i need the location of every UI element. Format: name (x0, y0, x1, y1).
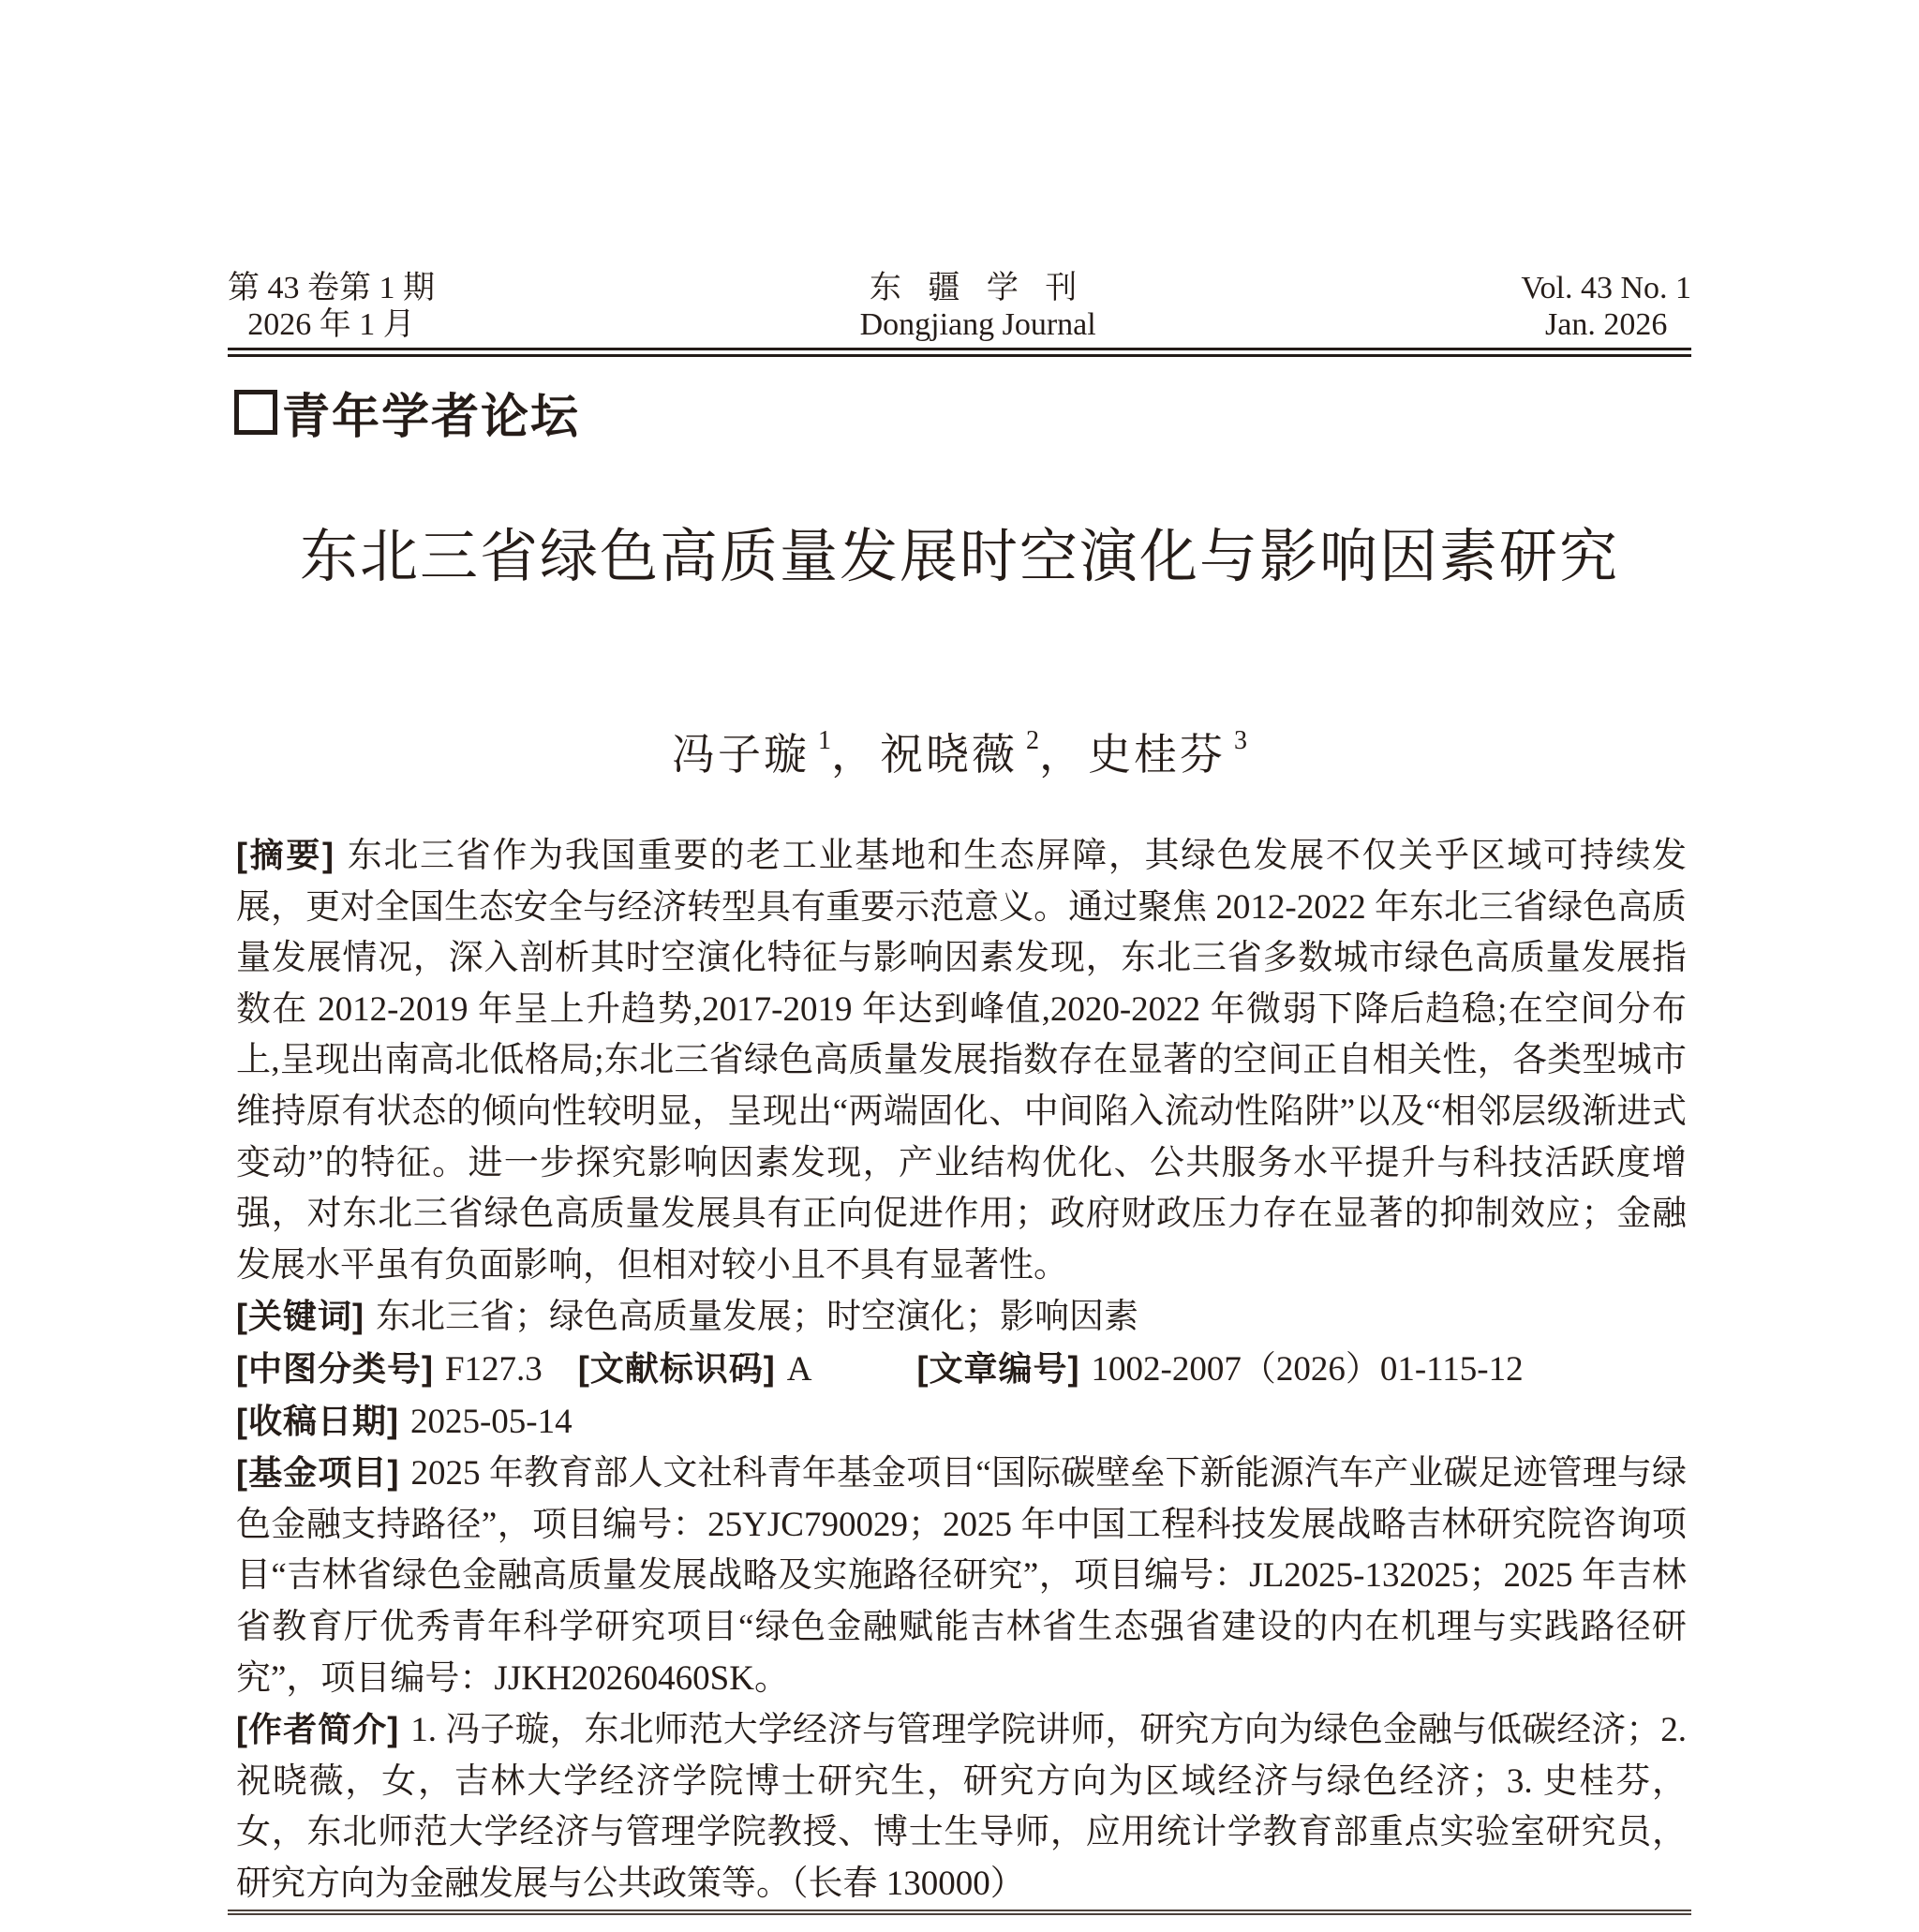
classification-line: [中图分类号]F127.3[文献标识码]A[文章编号]1002-2007（202… (236, 1344, 1687, 1396)
section-forum-marker: 青年学者论坛 (234, 390, 580, 443)
article-title: 东北三省绿色高质量发展时空演化与影响因素研究 (228, 525, 1691, 590)
keywords-line: [关键词]东北三省；绿色高质量发展；时空演化；影响因素 (236, 1291, 1687, 1344)
fund-paragraph: [基金项目]2025 年教育部人文社科青年基金项目“国际碳壁垒下新能源汽车产业碳… (236, 1448, 1687, 1704)
author-separator: ， (831, 731, 874, 779)
author-name: 史桂芬 (1088, 731, 1226, 779)
header-journal-name: 东 疆 学 刊 Dongjiang Journal (860, 270, 1096, 343)
header-issue-en: Vol. 43 No. 1 Jan. 2026 (1521, 270, 1691, 343)
author-superscript: 2 (1026, 726, 1039, 755)
forum-label: 青年学者论坛 (282, 390, 580, 443)
volume-issue-cn: 第 43 卷第 1 期 (228, 270, 435, 306)
journal-header: 第 43 卷第 1 期 2026 年 1 月 东 疆 学 刊 Dongjiang… (228, 270, 1691, 343)
abstract-label: [摘要] (236, 836, 335, 874)
bio-label: [作者简介] (236, 1710, 399, 1748)
author-name: 冯子璇 (672, 731, 810, 779)
journal-name-en: Dongjiang Journal (860, 306, 1096, 343)
article-meta-block: [摘要]东北三省作为我国重要的老工业基地和生态屏障，其绿色发展不仅关乎区域可持续… (236, 830, 1687, 1910)
fund-text: 2025 年教育部人文社科青年基金项目“国际碳壁垒下新能源汽车产业碳足迹管理与绿… (236, 1454, 1687, 1697)
volume-issue-en: Vol. 43 No. 1 (1521, 270, 1691, 306)
abstract-paragraph: [摘要]东北三省作为我国重要的老工业基地和生态屏障，其绿色发展不仅关乎区域可持续… (236, 830, 1687, 1291)
date-cn: 2026 年 1 月 (228, 306, 435, 343)
article-id-label: [文章编号] (917, 1349, 1080, 1388)
author-separator: ， (1039, 731, 1082, 779)
doc-code-label: [文献标识码] (578, 1349, 776, 1388)
keywords-label: [关键词] (236, 1297, 364, 1335)
author-bio-paragraph: [作者简介]1. 冯子璇，东北师范大学经济与管理学院讲师，研究方向为绿色金融与低… (236, 1704, 1687, 1910)
keywords-text: 东北三省；绿色高质量发展；时空演化；影响因素 (376, 1298, 1138, 1336)
header-issue-cn: 第 43 卷第 1 期 2026 年 1 月 (228, 270, 435, 343)
author-name: 祝晓薇 (880, 731, 1018, 779)
doc-code-value: A (787, 1350, 812, 1389)
journal-page: 第 43 卷第 1 期 2026 年 1 月 东 疆 学 刊 Dongjiang… (0, 0, 1919, 1932)
abstract-text: 东北三省作为我国重要的老工业基地和生态屏障，其绿色发展不仅关乎区域可持续发展，更… (236, 837, 1687, 1285)
fund-label: [基金项目] (236, 1453, 400, 1492)
journal-name-cn: 东 疆 学 刊 (860, 270, 1096, 306)
received-value: 2025-05-14 (410, 1403, 573, 1441)
footer-double-rule (228, 1910, 1691, 1915)
bio-text: 1. 冯子璇，东北师范大学经济与管理学院讲师，研究方向为绿色金融与低碳经济；2.… (236, 1711, 1687, 1903)
clc-value: F127.3 (445, 1350, 543, 1389)
received-date-line: [收稿日期]2025-05-14 (236, 1396, 1687, 1449)
header-double-rule (228, 348, 1691, 357)
author-superscript: 3 (1234, 726, 1247, 755)
clc-label: [中图分类号] (236, 1349, 434, 1388)
section-square-icon (234, 390, 277, 435)
received-label: [收稿日期] (236, 1402, 399, 1440)
authors-line: 冯子璇1，祝晓薇2，史桂芬3 (228, 708, 1691, 788)
article-id-value: 1002-2007（2026）01-115-12 (1092, 1350, 1524, 1389)
date-en: Jan. 2026 (1521, 306, 1691, 343)
author-superscript: 1 (818, 726, 831, 755)
